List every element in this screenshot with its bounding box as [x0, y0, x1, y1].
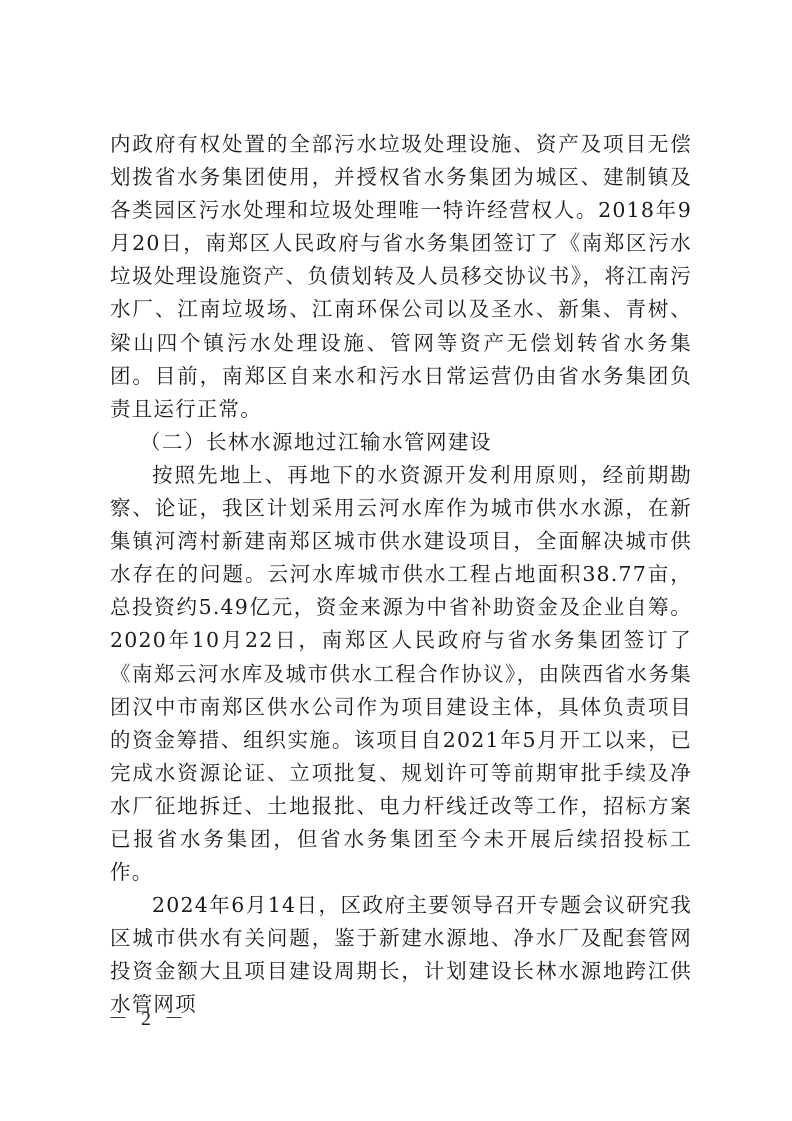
page-number: － 2 －	[108, 1002, 188, 1031]
continuation-paragraph: 内政府有权处置的全部污水垃圾处理设施、资产及项目无偿划拨省水务集团使用，并授权省…	[110, 128, 692, 426]
section-heading: （二）长林水源地过江输水管网建设	[110, 426, 692, 459]
document-body: 内政府有权处置的全部污水垃圾处理设施、资产及项目无偿划拨省水务集团使用，并授权省…	[110, 128, 692, 1022]
paragraph: 2024年6月14日，区政府主要领导召开专题会议研究我区城市供水有关问题，鉴于新…	[110, 889, 692, 1021]
paragraph: 按照先地上、再地下的水资源开发利用原则，经前期勘察、论证，我区计划采用云河水库作…	[110, 459, 692, 889]
document-page: 内政府有权处置的全部污水垃圾处理设施、资产及项目无偿划拨省水务集团使用，并授权省…	[0, 0, 792, 1121]
